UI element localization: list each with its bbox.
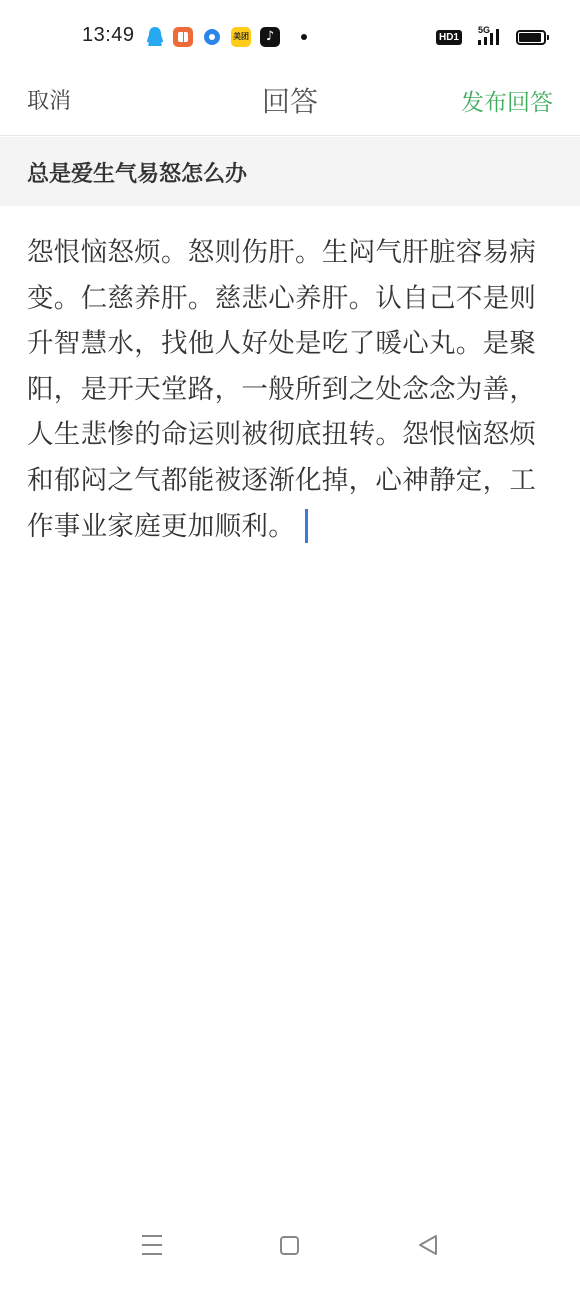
tiktok-icon: ♪ <box>260 27 280 47</box>
system-navigation-bar <box>0 1219 580 1289</box>
system-icons: HD1 5G <box>436 26 546 48</box>
signal-5g-icon: 5G <box>474 27 504 47</box>
notification-icons: 美团 ♪ <box>146 26 307 48</box>
question-banner: 总是爱生气易怒怎么办 <box>0 137 580 206</box>
browser-dot-icon <box>204 29 220 45</box>
status-bar: 13:49 美团 ♪ HD1 5G <box>0 0 580 72</box>
publish-answer-button[interactable]: 发布回答 <box>461 84 553 117</box>
answer-text: 怨恨恼怒烦。怒则伤肝。生闷气肝脏容易病变。仁慈养肝。慈悲心养肝。认自己不是则升智… <box>27 237 536 542</box>
network-type-label: 5G <box>478 25 490 35</box>
back-icon[interactable] <box>418 1234 438 1256</box>
top-nav-bar: 取消 回答 发布回答 <box>0 72 580 136</box>
answer-textarea[interactable]: 怨恨恼怒烦。怒则伤肝。生闷气肝脏容易病变。仁慈养肝。慈悲心养肝。认自己不是则升智… <box>27 230 557 549</box>
book-reader-icon <box>173 27 193 47</box>
hd-voice-icon: HD1 <box>436 30 462 45</box>
more-dot-icon <box>301 34 307 40</box>
text-caret <box>305 509 308 543</box>
battery-icon <box>516 30 546 45</box>
home-icon[interactable] <box>280 1236 299 1255</box>
question-title: 总是爱生气易怒怎么办 <box>27 157 247 188</box>
status-time: 13:49 <box>82 24 135 47</box>
menu-icon[interactable] <box>142 1235 162 1255</box>
meituan-icon: 美团 <box>231 27 251 47</box>
qq-icon <box>146 26 164 48</box>
